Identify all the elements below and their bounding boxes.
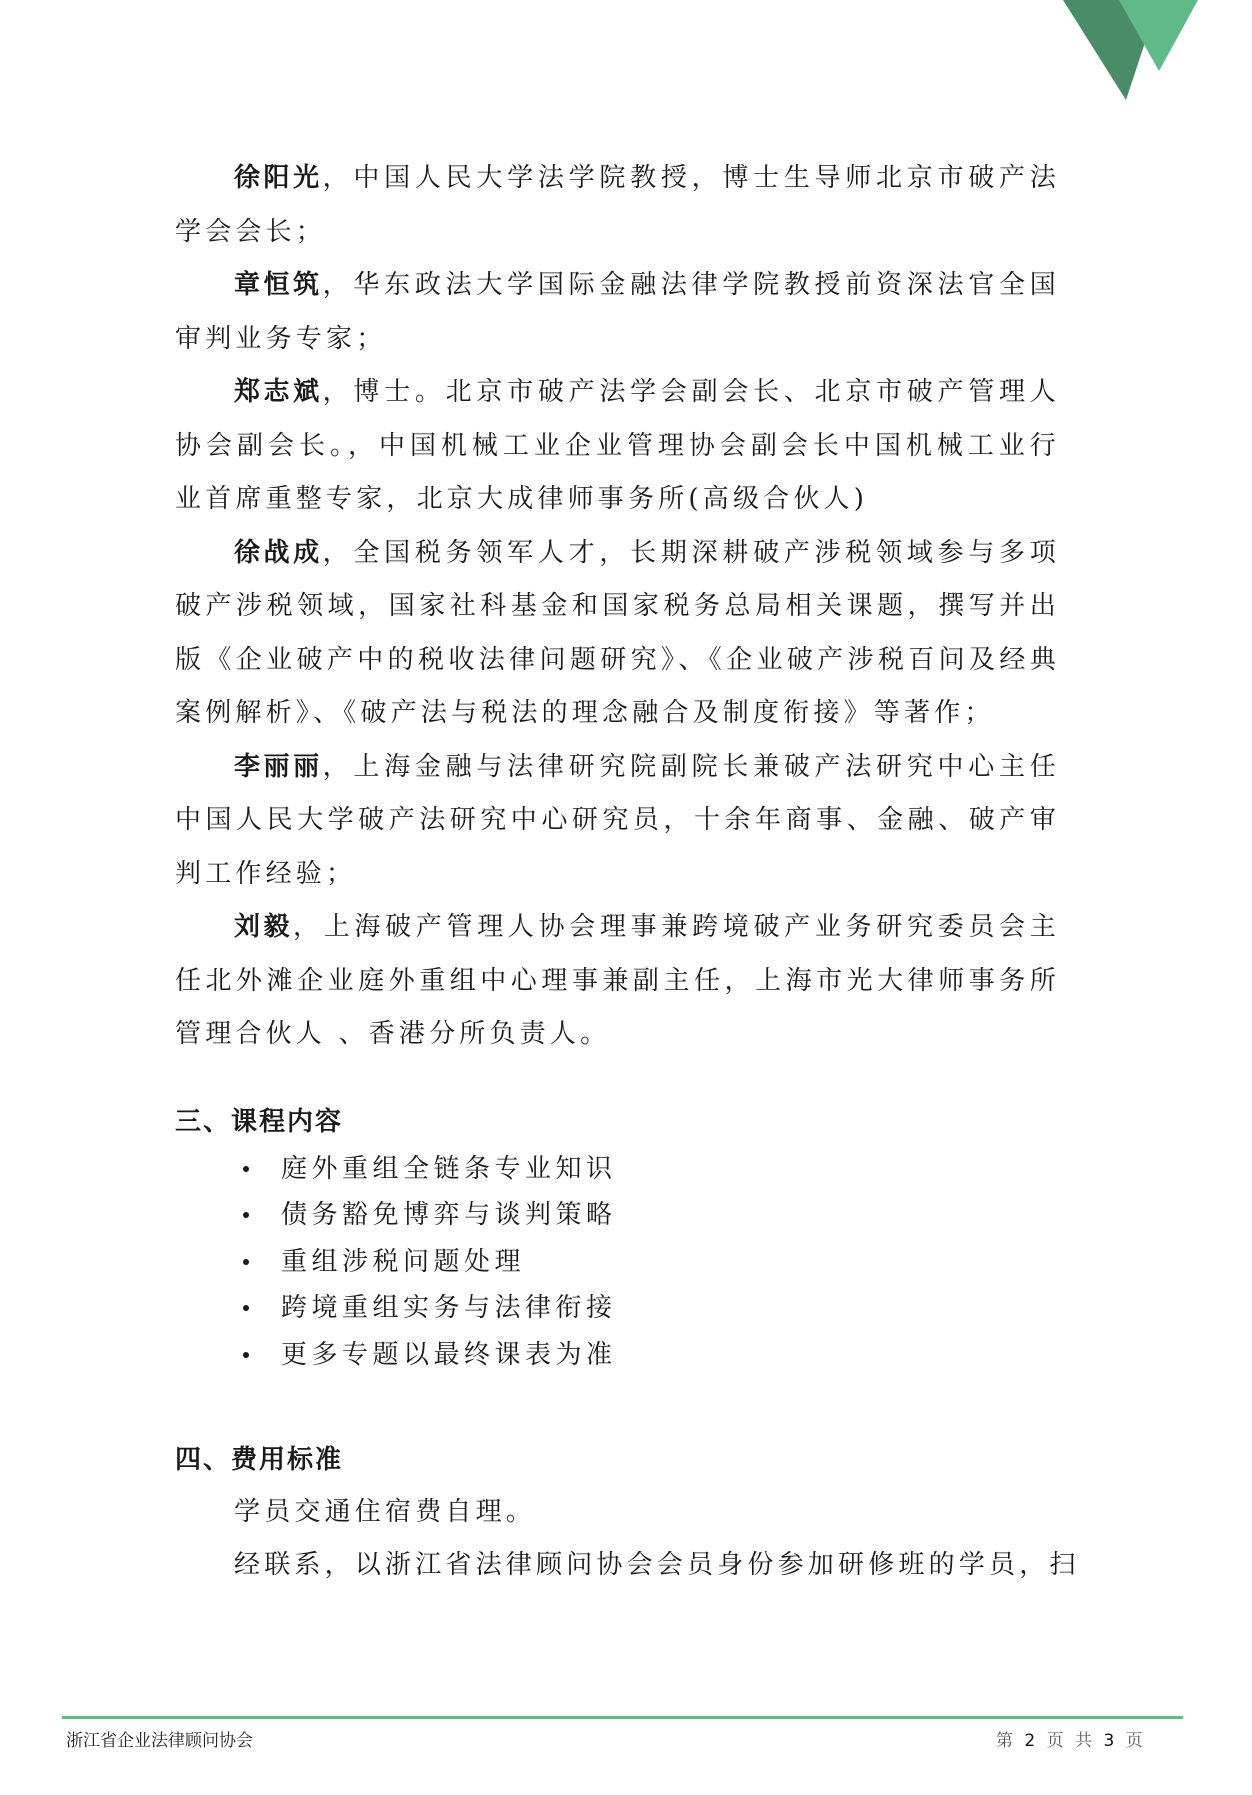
course-content-list: 庭外重组全链条专业知识 债务豁免博弈与谈判策略 重组涉税问题处理 跨境重组实务与…	[175, 1146, 1060, 1379]
list-item-text: 债务豁免博弈与谈判策略	[281, 1200, 617, 1230]
expert-name: 李丽丽	[234, 752, 323, 782]
page-body: 徐阳光，中国人民大学法学院教授，博士生导师北京市破产法学会会长； 章恒筑，华东政…	[175, 152, 1060, 1592]
section-title-course-content: 三、课程内容	[175, 1102, 1060, 1142]
expert-name: 刘毅	[234, 912, 293, 942]
fee-standard-section: 四、费用标准 学员交通住宿费自理。 经联系，以浙江省法律顾问协会会员身份参加研修…	[175, 1440, 1060, 1592]
expert-entry: 李丽丽，上海金融与法律研究院副院长兼破产法研究中心主任中国人民大学破产法研究中心…	[175, 741, 1060, 902]
list-item-text: 更多专题以最终课表为准	[281, 1340, 617, 1370]
list-item-text: 庭外重组全链条专业知识	[281, 1154, 617, 1184]
list-item: 更多专题以最终课表为准	[243, 1332, 1060, 1379]
footer-divider	[62, 1716, 1183, 1719]
experts-list: 徐阳光，中国人民大学法学院教授，博士生导师北京市破产法学会会长； 章恒筑，华东政…	[175, 152, 1060, 1062]
fee-paragraph: 学员交通住宿费自理。	[175, 1486, 1060, 1539]
list-item: 跨境重组实务与法律衔接	[243, 1285, 1060, 1332]
list-item-text: 跨境重组实务与法律衔接	[281, 1293, 617, 1323]
list-item: 债务豁免博弈与谈判策略	[243, 1192, 1060, 1239]
expert-name: 郑志斌	[234, 377, 323, 407]
corner-triangle-logo-icon	[1040, 0, 1252, 110]
page-current: 2	[1024, 1731, 1038, 1751]
bullet-icon	[243, 1166, 249, 1172]
bullet-icon	[243, 1305, 249, 1311]
page-mid: 页 共	[1047, 1731, 1095, 1751]
bullet-icon	[243, 1352, 249, 1358]
page-total: 3	[1103, 1731, 1117, 1751]
course-content-section: 三、课程内容 庭外重组全链条专业知识 债务豁免博弈与谈判策略 重组涉税问题处理 …	[175, 1102, 1060, 1379]
list-item: 重组涉税问题处理	[243, 1239, 1060, 1286]
fee-paragraph: 经联系，以浙江省法律顾问协会会员身份参加研修班的学员，扫	[175, 1539, 1060, 1592]
page-number: 第 2 页 共 3 页	[996, 1726, 1146, 1751]
expert-name: 徐战成	[234, 538, 323, 568]
page-suffix: 页	[1126, 1731, 1146, 1751]
expert-name: 章恒筑	[234, 270, 323, 300]
expert-entry: 郑志斌，博士。北京市破产法学会副会长、北京市破产管理人协会副会长。，中国机械工业…	[175, 366, 1060, 527]
expert-name: 徐阳光	[234, 163, 323, 193]
expert-description: ，上海破产管理人协会理事兼跨境破产业务研究委员会主任北外滩企业庭外重组中心理事兼…	[175, 912, 1060, 1049]
section-title-fee-standard: 四、费用标准	[175, 1440, 1060, 1480]
list-item: 庭外重组全链条专业知识	[243, 1146, 1060, 1193]
expert-entry: 章恒筑，华东政法大学国际金融法律学院教授前资深法官全国审判业务专家；	[175, 259, 1060, 366]
bullet-icon	[243, 1259, 249, 1265]
expert-entry: 徐阳光，中国人民大学法学院教授，博士生导师北京市破产法学会会长；	[175, 152, 1060, 259]
list-item-text: 重组涉税问题处理	[281, 1247, 525, 1277]
bullet-icon	[243, 1212, 249, 1218]
expert-entry: 徐战成，全国税务领军人才，长期深耕破产涉税领域参与多项破产涉税领域，国家社科基金…	[175, 527, 1060, 741]
expert-entry: 刘毅，上海破产管理人协会理事兼跨境破产业务研究委员会主任北外滩企业庭外重组中心理…	[175, 901, 1060, 1062]
page-prefix: 第	[996, 1731, 1016, 1751]
footer-organization: 浙江省企业法律顾问协会	[66, 1726, 253, 1751]
